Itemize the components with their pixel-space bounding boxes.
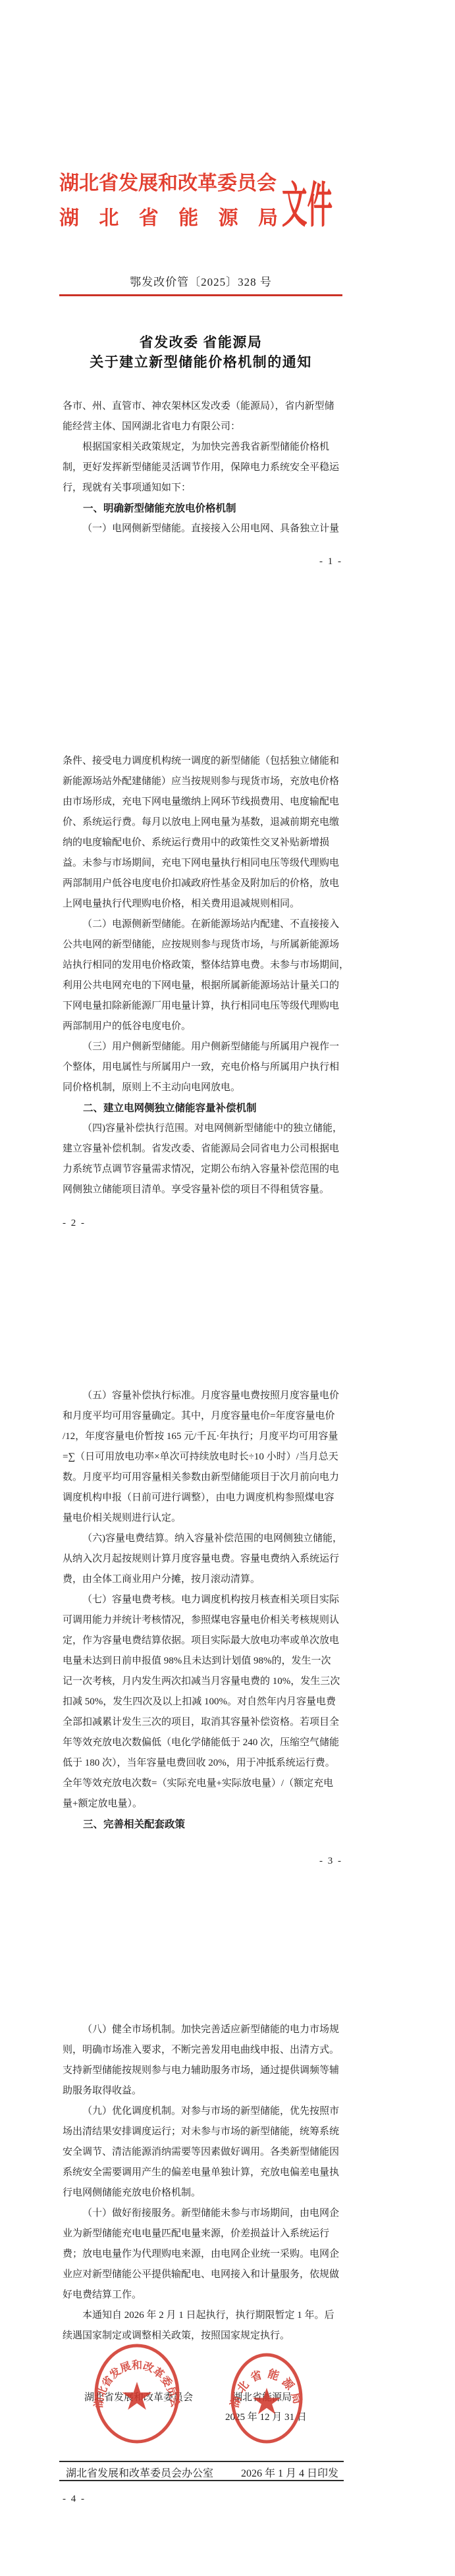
body-text-line: 业为新型储能充电电量匹配电量来源，价差损益计入系统运行 bbox=[63, 2224, 346, 2244]
body-text-line: （二）电源侧新型储能。在新能源场站内配建、不直接接入 bbox=[63, 914, 346, 935]
body-text-line: 根据国家相关政策规定，为加快完善我省新型储能价格机 bbox=[63, 437, 346, 458]
body-text-line: 公共电网的新型储能，应按规则参与现货市场，与所属新能源场 bbox=[63, 935, 346, 955]
body-text-line: 记一次考核，月内发生两次扣减当月容量电费的 10%，发生三次 bbox=[63, 1671, 346, 1692]
letterhead-agency-line1: 湖北省发展和改革委员会 bbox=[59, 167, 278, 196]
body-text-line: 调度机构申报（日前可进行调整），由电力调度机构参照煤电容 bbox=[63, 1488, 346, 1508]
body-text-line: 益。未参与市场期间，充电下网电量执行相同电压等级代理购电 bbox=[63, 853, 346, 874]
section-heading-line: 二、建立电网侧独立储能容量补偿机制 bbox=[63, 1098, 346, 1118]
body-text-line: 行，现就有关事项通知如下： bbox=[63, 478, 346, 498]
page3-body: （五）容量补偿执行标准。月度容量电费按照月度容量电价和月度平均可用容量确定。其中… bbox=[63, 1386, 346, 1835]
page3-number: - 3 - bbox=[63, 1856, 342, 1867]
notice-title-line1: 省发改委 省能源局 bbox=[59, 332, 342, 352]
page2-body: 条件、接受电力调度机构统一调度的新型储能（包括独立储能和新能源场站外配建储能）应… bbox=[63, 751, 346, 1200]
official-seal-development-reform-commission: 湖北省发展和改革委员会 bbox=[93, 2342, 181, 2448]
scanned-notice-document: 湖北省发展和改革委员会 湖北省能源局 文件 鄂发改价管〔2025〕328 号 省… bbox=[0, 0, 455, 2576]
body-text-line: 安全调节、清洁能源消纳需要等因素做好调用。各类新型储能因 bbox=[63, 2142, 346, 2163]
body-text-line: 和月度平均可用容量确定。其中，月度容量电价=年度容量电价 bbox=[63, 1406, 346, 1427]
body-text-line: 本通知自 2026 年 2 月 1 日起执行，执行期限暂定 1 年。后 bbox=[63, 2305, 346, 2326]
body-text-line: 全年等效充放电次数=（实际充电量+实际放电量）/（额定充电 bbox=[63, 1774, 346, 1794]
page4-body: （八）健全市场机制。加快完善适应新型储能的电力市场规则，明确市场准入要求，不断完… bbox=[63, 2020, 346, 2346]
body-text-line: 两部制用户的低谷电度电价。 bbox=[63, 1016, 346, 1037]
body-text-line: （八）健全市场机制。加快完善适应新型储能的电力市场规 bbox=[63, 2020, 346, 2040]
footer-rule-bottom bbox=[59, 2480, 344, 2481]
body-text-line: 则，明确市场准入要求，不断完善发用电曲线申报、出清方式。 bbox=[63, 2040, 346, 2061]
footer-rule-top bbox=[59, 2461, 344, 2462]
body-text-line: 业应对新型储能公平提供输配电、电网接入和计量服务，依规做 bbox=[63, 2265, 346, 2285]
body-text-line: （一）电网侧新型储能。直接接入公用电网、具备独立计量 bbox=[63, 519, 346, 539]
page4-number: - 4 - bbox=[63, 2494, 342, 2505]
body-text-line: 网侧独立储能项目清单。享受容量补偿的项目不得租赁容量。 bbox=[63, 1180, 346, 1200]
notice-title-line2: 关于建立新型储能价格机制的通知 bbox=[59, 352, 342, 371]
body-text-line: 电量未达到日前申报值 98%且未达到计划值 98%的，发生一次 bbox=[63, 1651, 346, 1671]
body-text-line: 条件、接受电力调度机构统一调度的新型储能（包括独立储能和 bbox=[63, 751, 346, 772]
body-text-line: （四)容量补偿执行范围。对电网侧新型储能中的独立储能， bbox=[63, 1118, 346, 1139]
body-text-line: 量+额定放电量）。 bbox=[63, 1794, 346, 1814]
page1-number: - 1 - bbox=[63, 556, 342, 567]
footer-print-date: 2026 年 1 月 4 日印发 bbox=[241, 2465, 338, 2480]
official-seal-energy-bureau: 湖北省能源局 bbox=[229, 2351, 304, 2449]
body-text-line: 量电价相关规则进行认定。 bbox=[63, 1508, 346, 1529]
body-text-line: 低于 180 次），当年容量电费回收 20%，用于冲抵系统运行费。 bbox=[63, 1753, 346, 1774]
body-text-line: （七）容量电费考核。电力调度机构按月核查相关项目实际 bbox=[63, 1590, 346, 1610]
body-text-line: 纳的电度输配电价、系统运行费用中的政策性交叉补贴新增损 bbox=[63, 833, 346, 853]
body-text-line: 可调用能力并统计考核情况，参照煤电容量电价相关考核规则认 bbox=[63, 1610, 346, 1631]
body-text-line: 场出清结果安排调度运行；对未参与市场的新型储能，统筹系统 bbox=[63, 2122, 346, 2142]
document-number: 鄂发改价管〔2025〕328 号 bbox=[59, 273, 342, 289]
body-text-line: 费；放电电量作为代理购电来源，由电网企业统一采购。电网企 bbox=[63, 2244, 346, 2265]
body-text-line: /12，年度容量电价暂按 165 元/千瓦·年执行；月度平均可用容量 bbox=[63, 1427, 346, 1447]
body-text-line: 利用公共电网充电的下网电量，根据所属新能源场站计量关口的 bbox=[63, 976, 346, 996]
body-text-line: 系统安全需要调用产生的偏差电量单独计算，充放电偏差电量执 bbox=[63, 2163, 346, 2183]
body-text-line: =∑（日可用放电功率×单次可持续放电时长÷10 小时）/当月总天 bbox=[63, 1447, 346, 1467]
body-text-line: 个整体，用电属性与所属用户一致，充电价格与所属用户执行相 bbox=[63, 1057, 346, 1078]
letterhead-doc-type-label: 文件 bbox=[282, 182, 333, 230]
body-text-line: （五）容量补偿执行标准。月度容量电费按照月度容量电价 bbox=[63, 1386, 346, 1406]
body-text-line: 建立容量补偿机制。省发改委、省能源局会同省电力公司根据电 bbox=[63, 1139, 346, 1159]
body-text-line: 定，作为容量电费结算依据。项目实际最大放电功率或单次放电 bbox=[63, 1631, 346, 1651]
body-text-line: 从纳入次月起按规则计算月度容量电费。容量电费纳入系统运行 bbox=[63, 1549, 346, 1569]
page1-body: 各市、州、直管市、神农架林区发改委（能源局），省内新型储能经营主体、国网湖北省电… bbox=[63, 396, 346, 539]
body-text-line: 好电费结算工作。 bbox=[63, 2285, 346, 2305]
seal-star-icon bbox=[122, 2382, 152, 2410]
section-heading-line: 一、明确新型储能充放电价格机制 bbox=[63, 498, 346, 519]
body-text-line: 上网电量执行代理购电价格，相关费用退减规则相同。 bbox=[63, 894, 346, 914]
body-text-line: 力系统节点调节容量需求情况，定期公布纳入容量补偿范围的电 bbox=[63, 1159, 346, 1180]
body-text-line: 扣减 50%，发生四次及以上扣减 100%。对自然年内月容量电费 bbox=[63, 1692, 346, 1712]
body-text-line: 新能源场站外配建储能）应当按规则参与现货市场，充放电价格 bbox=[63, 772, 346, 792]
body-text-line: 费，由全体工商业用户分摊，按月滚动清算。 bbox=[63, 1569, 346, 1590]
body-text-line: 全部扣减累计发生三次的项目，取消其容量补偿资格。若项目全 bbox=[63, 1712, 346, 1733]
section-heading-line: 三、完善相关配套政策 bbox=[63, 1814, 346, 1835]
body-text-line: （九）优化调度机制。对参与市场的新型储能，优先按照市 bbox=[63, 2101, 346, 2122]
body-text-line: （三）用户侧新型储能。用户侧新型储能与所属用户视作一 bbox=[63, 1037, 346, 1057]
body-text-line: 各市、州、直管市、神农架林区发改委（能源局），省内新型储 bbox=[63, 396, 346, 417]
body-text-line: 年等效充放电次数偏低（电化学储能低于 240 次，压缩空气储能 bbox=[63, 1733, 346, 1753]
body-text-line: 数。月度平均可用容量相关参数由新型储能项目于次月前向电力 bbox=[63, 1467, 346, 1488]
body-text-line: 下网电量扣除新能源厂用电量计算，执行相同电压等级代理购电 bbox=[63, 996, 346, 1016]
letterhead-agency-line2: 湖北省能源局 bbox=[59, 201, 278, 230]
body-text-line: 制，更好发挥新型储能灵活调节作用，保障电力系统安全平稳运 bbox=[63, 458, 346, 478]
body-text-line: 价、系统运行费。每月以放电上网电量为基数，退减前期充电缴 bbox=[63, 812, 346, 833]
body-text-line: 两部制用户低谷电度电价扣减政府性基金及附加后的价格，放电 bbox=[63, 874, 346, 894]
letterhead-divider-rule bbox=[59, 294, 342, 296]
footer-issuing-office: 湖北省发展和改革委员会办公室 bbox=[66, 2465, 213, 2480]
body-text-line: 站执行相同的发用电价格政策，整体结算电费。未参与市场期间， bbox=[63, 955, 346, 976]
body-text-line: 由市场形成，充电下网电量缴纳上网环节线损费用、电度输配电 bbox=[63, 792, 346, 812]
body-text-line: 行电网侧储能充放电价格机制。 bbox=[63, 2183, 346, 2203]
seal-star-icon bbox=[253, 2388, 281, 2414]
body-text-line: 同价格机制，原则上不主动向电网放电。 bbox=[63, 1078, 346, 1098]
printing-footer: 湖北省发展和改革委员会办公室 2026 年 1 月 4 日印发 bbox=[66, 2465, 338, 2480]
body-text-line: 助服务取得收益。 bbox=[63, 2081, 346, 2101]
page2-number: - 2 - bbox=[63, 1218, 342, 1229]
body-text-line: 支持新型储能按规则参与电力辅助服务市场，通过提供调频等辅 bbox=[63, 2061, 346, 2081]
body-text-line: （十）做好衔接服务。新型储能未参与市场期间，由电网企 bbox=[63, 2203, 346, 2224]
body-text-line: 能经营主体、国网湖北省电力有限公司： bbox=[63, 417, 346, 437]
body-text-line: （六)容量电费结算。纳入容量补偿范围的电网侧独立储能， bbox=[63, 1529, 346, 1549]
